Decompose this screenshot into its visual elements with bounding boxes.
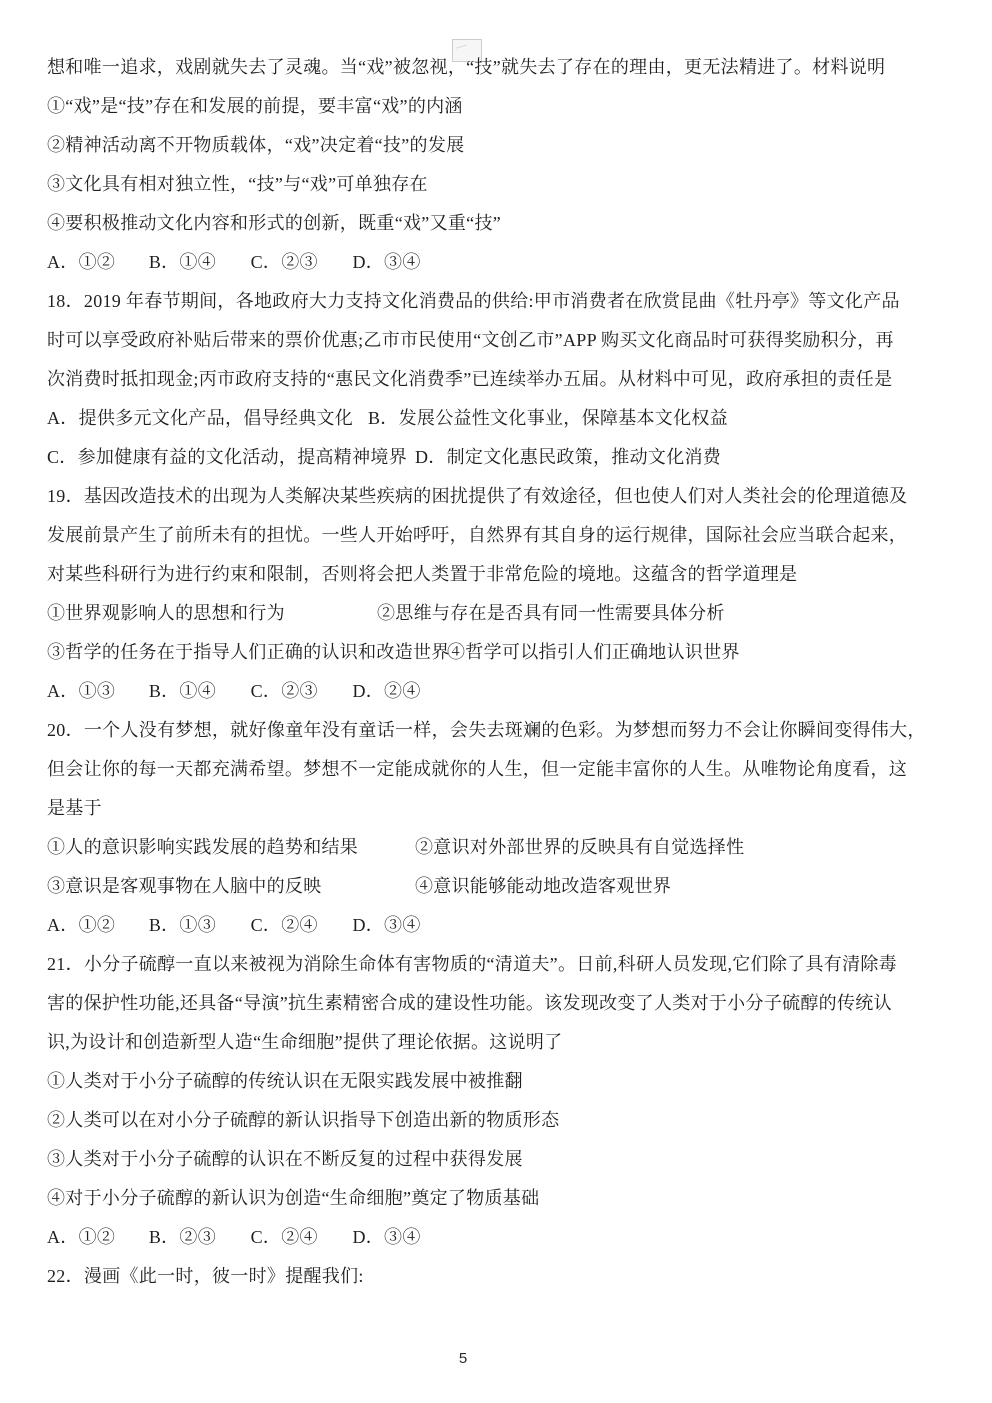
question-19-answer-choices: A．①③ B．①④ C．②③ D．②④	[47, 672, 947, 711]
choice-c: C．②③	[251, 243, 348, 282]
question-21-option-3: ③人类对于小分子硫醇的认识在不断反复的过程中获得发展	[47, 1140, 947, 1179]
exam-content: 想和唯一追求，戏剧就失去了灵魂。当“戏”被忽视，“技”就失去了存在的理由，更无法…	[47, 48, 947, 1296]
question-21-option-2: ②人类可以在对小分子硫醇的新认识指导下创造出新的物质形态	[47, 1101, 947, 1140]
question-19-option-row-1: ①世界观影响人的思想和行为②思维与存在是否具有同一性需要具体分析	[47, 594, 947, 633]
question-22-text: 22．漫画《此一时，彼一时》提醒我们:	[47, 1257, 947, 1296]
question-18-choices-row-2: C．参加健康有益的文化活动，提高精神境界D．制定文化惠民政策，推动文化消费	[47, 438, 947, 477]
question-17-option-3: ③文化具有相对独立性，“技”与“戏”可单独存在	[47, 165, 947, 204]
choice-b: B．发展公益性文化事业，保障基本文化权益	[368, 408, 728, 428]
question-19-text-line-2: 发展前景产生了前所未有的担忧。一些人开始呼吁，自然界有其自身的运行规律，国际社会…	[47, 516, 947, 555]
question-17-answer-choices: A．①② B．①④ C．②③ D．③④	[47, 243, 947, 282]
option-3: ③意识是客观事物在人脑中的反映	[47, 867, 415, 906]
choice-c: C．②③	[251, 672, 348, 711]
choice-c: C．②④	[251, 1218, 348, 1257]
question-17-option-1: ①“戏”是“技”存在和发展的前提，要丰富“戏”的内涵	[47, 87, 947, 126]
option-1: ①人的意识影响实践发展的趋势和结果	[47, 828, 415, 867]
question-19-text-line-1: 19．基因改造技术的出现为人类解决某些疾病的困扰提供了有效途径，但也使人们对人类…	[47, 477, 947, 516]
option-1: ①世界观影响人的思想和行为	[47, 594, 377, 633]
choice-c: C．②④	[251, 906, 348, 945]
question-20-text-line-3: 是基于	[47, 789, 947, 828]
choice-d: D．制定文化惠民政策，推动文化消费	[415, 447, 721, 467]
choice-c: C．参加健康有益的文化活动，提高精神境界	[47, 438, 415, 477]
question-18-text-line-2: 时可以享受政府补贴后带来的票价优惠;乙市市民使用“文创乙市”APP 购买文化商品…	[47, 321, 947, 360]
question-17-option-2: ②精神活动离不开物质载体，“戏”决定着“技”的发展	[47, 126, 947, 165]
option-4: ④哲学可以指引人们正确地认识世界	[447, 642, 740, 662]
question-20-option-row-2: ③意识是客观事物在人脑中的反映④意识能够能动地改造客观世界	[47, 867, 947, 906]
choice-a: A．①②	[47, 243, 144, 282]
option-2: ②思维与存在是否具有同一性需要具体分析	[377, 603, 725, 623]
question-19-text-line-3: 对某些科研行为进行约束和限制，否则将会把人类置于非常危险的境地。这蕴含的哲学道理…	[47, 555, 947, 594]
question-20-answer-choices: A．①② B．①③ C．②④ D．③④	[47, 906, 947, 945]
choice-b: B．①④	[149, 243, 246, 282]
question-21-text-line-2: 害的保护性功能,还具备“导演”抗生素精密合成的建设性功能。该发现改变了人类对于小…	[47, 984, 947, 1023]
question-18-choices-row-1: A．提供多元文化产品，倡导经典文化B．发展公益性文化事业，保障基本文化权益	[47, 399, 947, 438]
question-20-text-line-1: 20．一个人没有梦想，就好像童年没有童话一样，会失去斑斓的色彩。为梦想而努力不会…	[47, 711, 947, 750]
question-21-answer-choices: A．①② B．②③ C．②④ D．③④	[47, 1218, 947, 1257]
question-17-text: 想和唯一追求，戏剧就失去了灵魂。当“戏”被忽视，“技”就失去了存在的理由，更无法…	[47, 48, 947, 87]
question-18-text-line-3: 次消费时抵扣现金;丙市政府支持的“惠民文化消费季”已连续举办五届。从材料中可见，…	[47, 360, 947, 399]
choice-d: D．③④	[352, 243, 420, 282]
choice-a: A．①②	[47, 1218, 144, 1257]
question-21-text-line-1: 21．小分子硫醇一直以来被视为消除生命体有害物质的“清道夫”。日前,科研人员发现…	[47, 945, 947, 984]
option-3: ③哲学的任务在于指导人们正确的认识和改造世界	[47, 633, 447, 672]
choice-a: A．①②	[47, 906, 144, 945]
choice-d: D．③④	[352, 1218, 420, 1257]
choice-a: A．提供多元文化产品，倡导经典文化	[47, 399, 368, 438]
question-18-text-line-1: 18．2019 年春节期间，各地政府大力支持文化消费品的供给:甲市消费者在欣赏昆…	[47, 282, 947, 321]
question-21-option-1: ①人类对于小分子硫醇的传统认识在无限实践发展中被推翻	[47, 1062, 947, 1101]
choice-a: A．①③	[47, 672, 144, 711]
choice-b: B．①④	[149, 672, 246, 711]
choice-d: D．②④	[352, 672, 420, 711]
page-number: 5	[0, 1350, 992, 1367]
question-17-option-4: ④要积极推动文化内容和形式的创新，既重“戏”又重“技”	[47, 204, 947, 243]
option-4: ④意识能够能动地改造客观世界	[415, 876, 671, 896]
question-20-option-row-1: ①人的意识影响实践发展的趋势和结果②意识对外部世界的反映具有自觉选择性	[47, 828, 947, 867]
exam-document-page: 想和唯一追求，戏剧就失去了灵魂。当“戏”被忽视，“技”就失去了存在的理由，更无法…	[0, 0, 992, 1403]
question-20-text-line-2: 但会让你的每一天都充满希望。梦想不一定能成就你的人生，但一定能丰富你的人生。从唯…	[47, 750, 947, 789]
choice-d: D．③④	[352, 906, 420, 945]
question-21-option-4: ④对于小分子硫醇的新认识为创造“生命细胞”奠定了物质基础	[47, 1179, 947, 1218]
question-21-text-line-3: 识,为设计和创造新型人造“生命细胞”提供了理论依据。这说明了	[47, 1023, 947, 1062]
question-19-option-row-2: ③哲学的任务在于指导人们正确的认识和改造世界④哲学可以指引人们正确地认识世界	[47, 633, 947, 672]
choice-b: B．②③	[149, 1218, 246, 1257]
choice-b: B．①③	[149, 906, 246, 945]
option-2: ②意识对外部世界的反映具有自觉选择性	[415, 837, 744, 857]
